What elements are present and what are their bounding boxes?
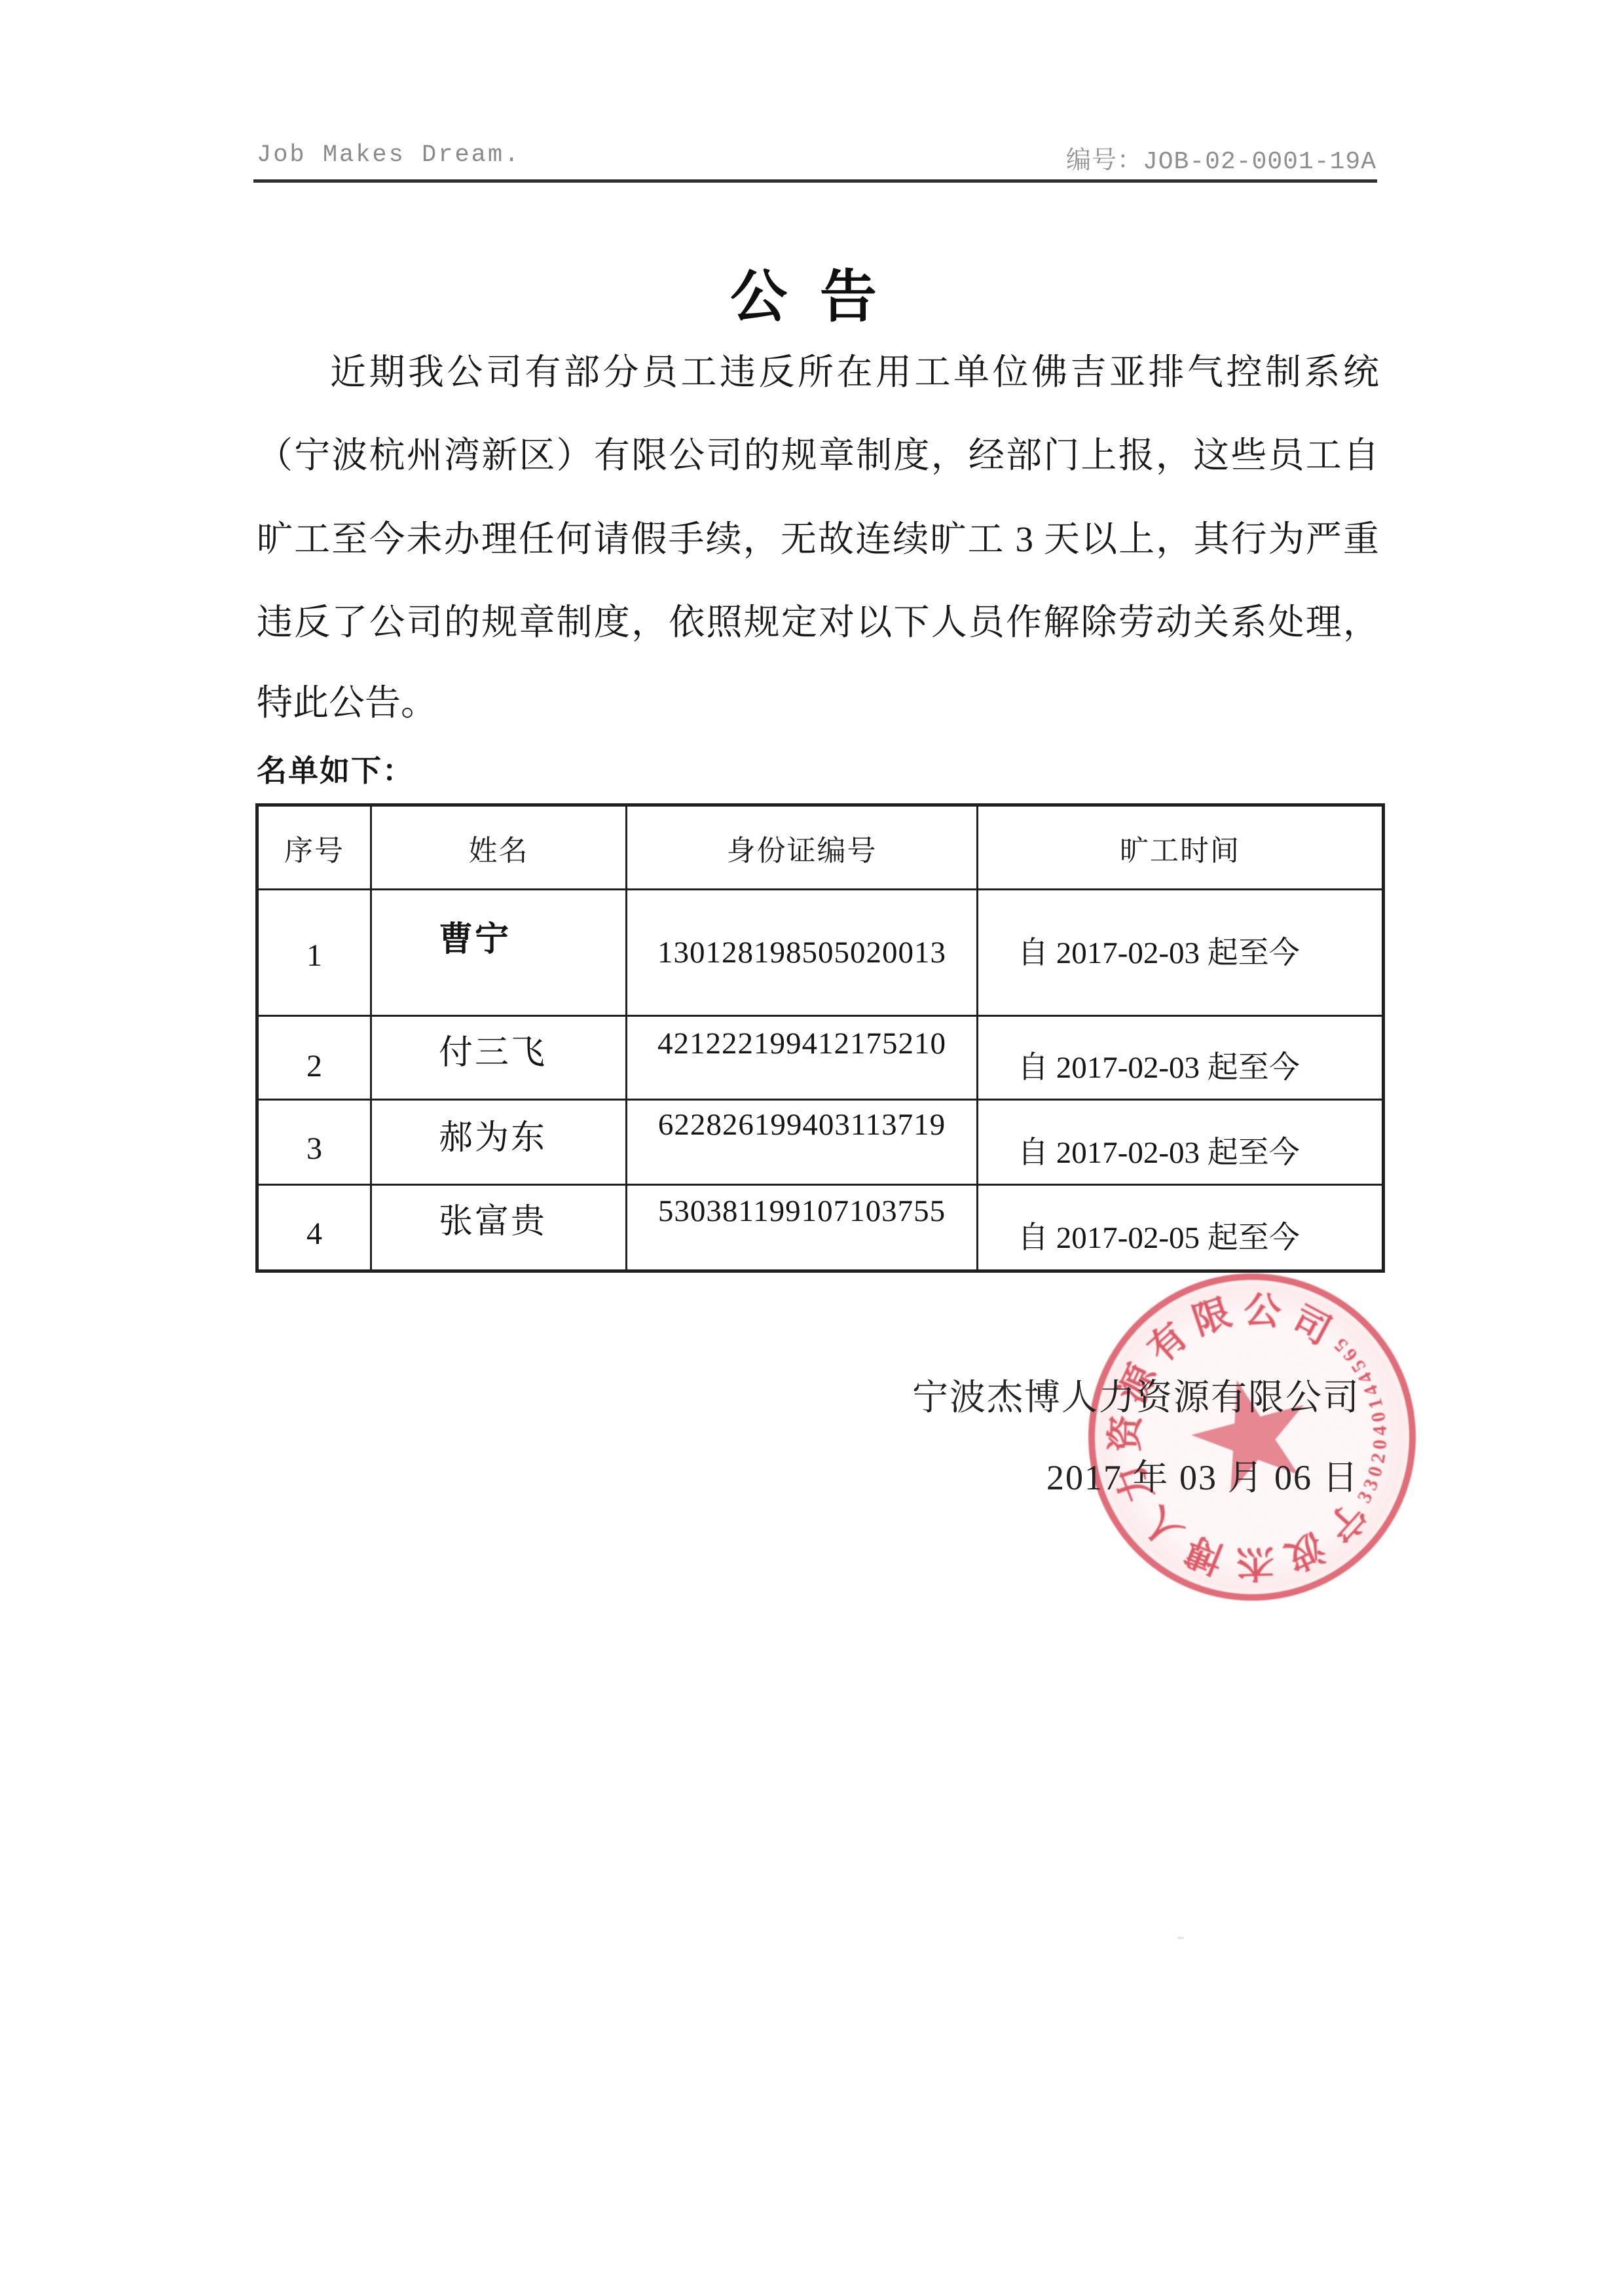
employee-name: 付三飞 <box>371 1016 627 1100</box>
id-number: 622826199403113719 <box>627 1100 978 1185</box>
document-number: 编号：JOB-02-0001-19A <box>1066 139 1376 176</box>
body-line-1: 近期我公司有部分员工违反所在用工单位佛吉亚排气控制系统 <box>257 350 1379 395</box>
row-index: 1 <box>257 890 371 1016</box>
signature-company: 宁波杰博人力资源有限公司 <box>912 1368 1360 1420</box>
employee-name: 曹宁 <box>371 890 627 1016</box>
employee-name: 郝为东 <box>371 1100 627 1185</box>
row-index: 2 <box>257 1016 371 1100</box>
table-header-row: 序号 姓名 身份证编号 旷工时间 <box>257 805 1384 890</box>
col-header-period: 旷工时间 <box>978 805 1384 890</box>
table-row: 2 付三飞 421222199412175210 自 2017-02-03 起至… <box>257 1016 1384 1100</box>
row-index: 3 <box>257 1100 371 1185</box>
body-line-5: 特此公告。 <box>257 680 1379 726</box>
seal-char: 4 <box>1369 1425 1392 1436</box>
body-line-2: （宁波杭州湾新区）有限公司的规章制度，经部门上报，这些员工自 <box>257 433 1379 479</box>
body-line-4: 违反了公司的规章制度，依照规定对以下人员作解除劳动关系处理， <box>257 600 1379 646</box>
header-rule <box>253 179 1377 183</box>
list-label: 名单如下： <box>257 747 414 790</box>
announcement-page: Job Makes Dream. 编号：JOB-02-0001-19A 公 告 … <box>0 0 1624 2296</box>
table-row: 1 曹宁 130128198505020013 自 2017-02-03 起至今 <box>257 890 1384 1016</box>
seal-char: 0 <box>1369 1439 1392 1450</box>
dismissal-roster-table: 序号 姓名 身份证编号 旷工时间 1 曹宁 130128198505020013… <box>255 803 1385 1273</box>
employee-name: 张富贵 <box>371 1185 627 1271</box>
table-row: 4 张富贵 530381199107103755 自 2017-02-05 起至… <box>257 1185 1384 1271</box>
table-row: 3 郝为东 622826199403113719 自 2017-02-03 起至… <box>257 1100 1384 1185</box>
col-header-id: 身份证编号 <box>627 805 978 890</box>
scan-artifact <box>1177 1937 1184 1939</box>
id-number: 530381199107103755 <box>627 1185 978 1271</box>
id-number: 130128198505020013 <box>627 890 978 1016</box>
absence-period: 自 2017-02-03 起至今 <box>978 1016 1384 1100</box>
body-line-3: 旷工至今未办理任何请假手续，无故连续旷工 3 天以上，其行为严重 <box>257 517 1379 562</box>
company-seal: 宁波杰博人力资源有限公司 3302040144565 <box>1062 1247 1441 1626</box>
row-index: 4 <box>257 1185 371 1271</box>
signature-date: 2017 年 03 月 06 日 <box>1046 1449 1359 1500</box>
absence-period: 自 2017-02-03 起至今 <box>978 1100 1384 1185</box>
absence-period: 自 2017-02-03 起至今 <box>978 890 1384 1016</box>
col-header-name: 姓名 <box>371 805 627 890</box>
col-header-index: 序号 <box>257 805 371 890</box>
seal-char: 杰 <box>1236 1539 1274 1594</box>
page-title: 公 告 <box>246 251 1370 333</box>
header-slogan: Job Makes Dream. <box>257 141 521 169</box>
seal-char: 公 <box>1242 1279 1284 1336</box>
id-number: 421222199412175210 <box>627 1016 978 1100</box>
